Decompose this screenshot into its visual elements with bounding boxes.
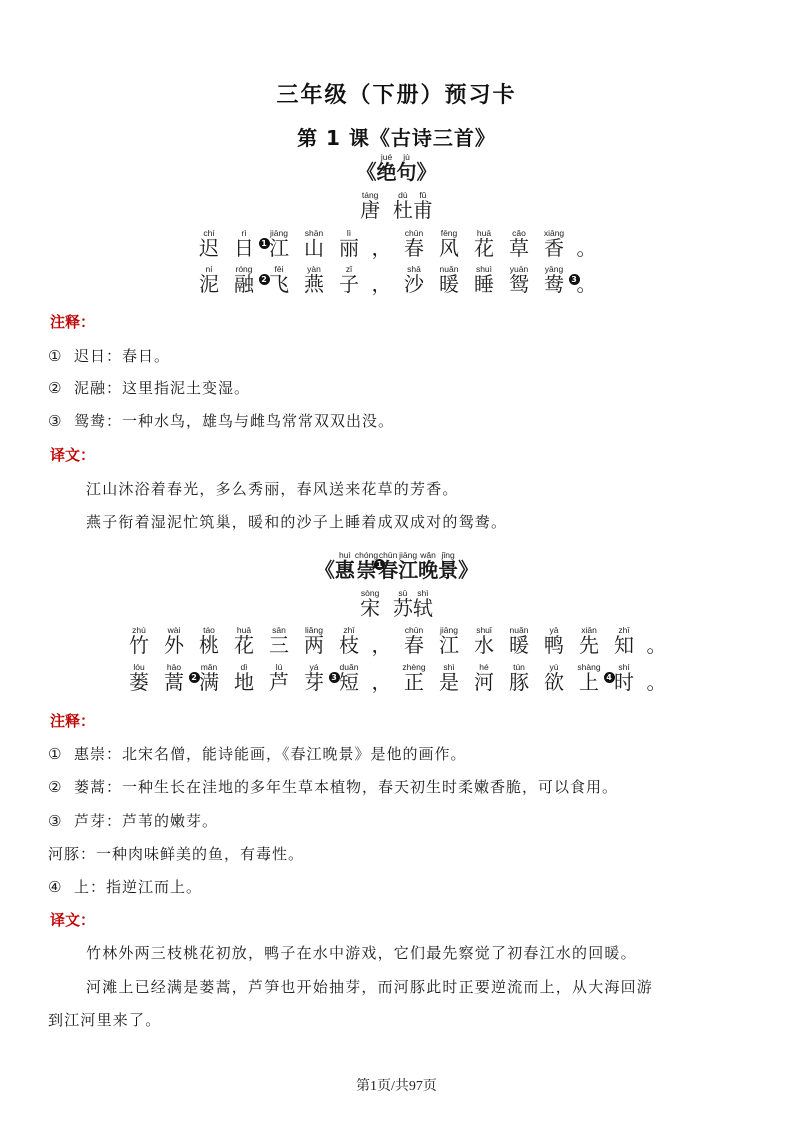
hanzi: 桃: [199, 635, 219, 655]
hanzi: 春: [404, 635, 424, 655]
hanzi: 豚: [509, 672, 529, 692]
punctuation: 。: [642, 662, 672, 692]
hanzi: 江: [398, 560, 418, 580]
poem1-translation-heading: 译文：: [50, 444, 95, 465]
hanzi: 子: [339, 274, 359, 294]
punctuation: 。: [572, 264, 602, 294]
ruby-char: chūn春: [378, 550, 398, 580]
hanzi: 迟: [199, 238, 219, 258]
hanzi: 惠: [335, 560, 355, 580]
poem2-note-4: ④上：指逆江而上。: [48, 876, 202, 897]
ruby-char: wài外: [157, 625, 192, 655]
ruby-char: shā沙: [397, 264, 432, 294]
ruby-char: cǎo草: [502, 228, 537, 258]
poem2-line-1: zhú竹wài外táo桃huā花sān三liǎng两zhī枝，chūn春jiān…: [0, 625, 793, 655]
hanzi: 鸳: [509, 274, 529, 294]
hanzi: 香: [544, 238, 564, 258]
hanzi: 。: [647, 672, 667, 692]
ruby-char: sòng宋: [360, 588, 380, 618]
poem1-line-1: chí迟rì日1jiāng江shān山lì丽，chūn春fēng风huā花cǎo…: [0, 228, 793, 258]
ruby-char: sān三: [262, 625, 297, 655]
ruby-char: mǎn满: [192, 662, 227, 692]
punctuation: ，: [367, 264, 397, 294]
ruby-char: táo桃: [192, 625, 227, 655]
ruby-char: zhú竹: [122, 625, 157, 655]
ruby-char: yā鸭: [537, 625, 572, 655]
hanzi: 花: [234, 635, 254, 655]
ruby-char: xiāng香: [537, 228, 572, 258]
ruby-char: fēi飞: [262, 264, 297, 294]
hanzi: 暖: [439, 274, 459, 294]
hanzi: 轼: [413, 598, 433, 618]
ruby-char: shì是: [432, 662, 467, 692]
ruby-char: 《: [315, 550, 335, 580]
hanzi: 》: [458, 560, 478, 580]
hanzi: 江: [269, 238, 289, 258]
ruby-char: 》: [458, 550, 478, 580]
hanzi: ，: [372, 635, 392, 655]
hanzi: ，: [372, 672, 392, 692]
ruby-char: jiāng江: [262, 228, 297, 258]
hanzi: 沙: [404, 274, 424, 294]
hanzi: 日: [234, 238, 254, 258]
ruby-char: yuān鸳: [502, 264, 537, 294]
hanzi: 欲: [544, 672, 564, 692]
hanzi: 《: [315, 560, 335, 580]
ruby-char: sū苏: [393, 588, 413, 618]
poem2-line-2: lóu蒌hāo蒿2mǎn满dì地lú芦yá芽3duǎn短，zhèng正shì是h…: [0, 662, 793, 692]
ruby-char: hé河: [467, 662, 502, 692]
ruby-char: huì惠: [335, 550, 355, 580]
ruby-char: shí时: [607, 662, 642, 692]
ruby-char: [380, 588, 393, 618]
ruby-char: fǔ甫: [413, 190, 433, 220]
ruby-char: 《: [357, 152, 377, 182]
hanzi: 枝: [339, 635, 359, 655]
ruby-char: jué绝: [377, 152, 397, 182]
hanzi: 正: [404, 672, 424, 692]
hanzi: 风: [439, 238, 459, 258]
poem2-translation-line-2: 河滩上已经满是蒌蒿，芦笋也开始抽芽，而河豚此时正要逆流而上，从大海回游: [86, 976, 653, 997]
page-indicator: 第1页/共97页: [0, 1075, 793, 1095]
poem2-note-2: ②蒌蒿：一种生长在洼地的多年生草本植物，春天初生时柔嫩香脆，可以食用。: [48, 776, 618, 797]
ruby-char: jù句: [397, 152, 417, 182]
hanzi: 芽: [304, 672, 324, 692]
hanzi: 先: [579, 635, 599, 655]
poem2-notes-heading: 注释：: [50, 710, 95, 731]
ruby-char: lóu蒌: [122, 662, 157, 692]
hanzi: [380, 598, 393, 618]
ruby-char: ní泥: [192, 264, 227, 294]
poem2-translation-line-1: 竹林外两三枝桃花初放，鸭子在水中游戏，它们最先察觉了初春江水的回暖。: [86, 942, 637, 963]
hanzi: 蒌: [129, 672, 149, 692]
poem1-note-2: ②泥融：这里指泥土变湿。: [48, 377, 250, 398]
hanzi: 花: [474, 238, 494, 258]
ruby-char: chí迟: [192, 228, 227, 258]
punctuation: 。: [642, 625, 672, 655]
poem1-author: táng唐 dù杜fǔ甫: [0, 190, 793, 220]
hanzi: 两: [304, 635, 324, 655]
hanzi: 山: [304, 238, 324, 258]
hanzi: 句: [397, 162, 417, 182]
ruby-char: jǐng景: [438, 550, 458, 580]
hanzi: ，: [372, 274, 392, 294]
hanzi: 鸭: [544, 635, 564, 655]
hanzi: 地: [234, 672, 254, 692]
hanzi: 苏: [393, 598, 413, 618]
hanzi: 甫: [413, 200, 433, 220]
poem2-translation-heading: 译文：: [50, 909, 95, 930]
hanzi: 短: [339, 672, 359, 692]
hanzi: 蒿: [164, 672, 184, 692]
poem2-translation-line-3: 到江河里来了。: [48, 1009, 161, 1030]
ruby-char: wǎn晚: [418, 550, 438, 580]
hanzi: [380, 200, 393, 220]
hanzi: 鸯: [544, 274, 564, 294]
ruby-char: róng融2: [227, 264, 262, 294]
hanzi: 草: [509, 238, 529, 258]
hanzi: 丽: [339, 238, 359, 258]
hanzi: 是: [439, 672, 459, 692]
hanzi: 春: [404, 238, 424, 258]
hanzi: 绝: [377, 162, 397, 182]
ruby-char: zǐ子: [332, 264, 367, 294]
hanzi: 飞: [269, 274, 289, 294]
ruby-char: tún豚: [502, 662, 537, 692]
poem2-note-1: ①惠崇：北宋名僧，能诗能画，《春江晚景》是他的画作。: [48, 743, 467, 764]
ruby-char: yàn燕: [297, 264, 332, 294]
ruby-char: shān山: [297, 228, 332, 258]
hanzi: 杜: [393, 200, 413, 220]
ruby-char: huā花: [227, 625, 262, 655]
hanzi: 晚: [418, 560, 438, 580]
ruby-char: zhī知: [607, 625, 642, 655]
ruby-char: lì丽: [332, 228, 367, 258]
punctuation: ，: [367, 625, 397, 655]
poem1-title: 《jué绝jù句》: [0, 152, 793, 182]
hanzi: 上: [579, 672, 599, 692]
hanzi: 》: [417, 162, 437, 182]
ruby-char: dì地: [227, 662, 262, 692]
lesson-title: 第 1 课《古诗三首》: [0, 122, 793, 151]
ruby-char: zhī枝: [332, 625, 367, 655]
ruby-char: shuì睡: [467, 264, 502, 294]
hanzi: 河: [474, 672, 494, 692]
ruby-char: yá芽3: [297, 662, 332, 692]
ruby-char: shuǐ水: [467, 625, 502, 655]
ruby-char: nuǎn暖: [432, 264, 467, 294]
hanzi: 。: [577, 274, 597, 294]
ruby-char: xiān先: [572, 625, 607, 655]
ruby-char: nuǎn暖: [502, 625, 537, 655]
poem2-author: sòng宋 sū苏shì轼: [0, 588, 793, 618]
hanzi: ，: [372, 238, 392, 258]
ruby-char: dù杜: [393, 190, 413, 220]
ruby-char: táng唐: [360, 190, 380, 220]
hanzi: 三: [269, 635, 289, 655]
hanzi: 芦: [269, 672, 289, 692]
hanzi: 水: [474, 635, 494, 655]
hanzi: 暖: [509, 635, 529, 655]
hanzi: 江: [439, 635, 459, 655]
hanzi: 《: [357, 162, 377, 182]
hanzi: 。: [577, 238, 597, 258]
page-title: 三年级（下册）预习卡: [0, 78, 793, 109]
ruby-char: 》: [417, 152, 437, 182]
poem1-translation-line-1: 江山沐浴着春光，多么秀丽，春风送来花草的芳香。: [86, 478, 459, 499]
hanzi: 泥: [199, 274, 219, 294]
punctuation: ，: [367, 662, 397, 692]
hanzi: 知: [614, 635, 634, 655]
ruby-char: liǎng两: [297, 625, 332, 655]
ruby-char: chūn春: [397, 625, 432, 655]
hanzi: 外: [164, 635, 184, 655]
ruby-char: yù欲: [537, 662, 572, 692]
poem1-notes-heading: 注释：: [50, 311, 95, 332]
ruby-char: [380, 190, 393, 220]
hanzi: 竹: [129, 635, 149, 655]
hanzi: 宋: [360, 598, 380, 618]
ruby-char: duǎn短: [332, 662, 367, 692]
ruby-char: jiāng江: [432, 625, 467, 655]
poem1-translation-line-2: 燕子衔着湿泥忙筑巢，暖和的沙子上睡着成双成对的鸳鸯。: [86, 511, 507, 532]
ruby-char: shì轼: [413, 588, 433, 618]
ruby-char: chūn春: [397, 228, 432, 258]
hanzi: 。: [647, 635, 667, 655]
hanzi: 时: [614, 672, 634, 692]
ruby-char: chóng崇1: [355, 550, 378, 580]
poem2-title: 《huì惠chóng崇1chūn春jiāng江wǎn晚jǐng景》: [0, 550, 793, 580]
poem2-note-3: ③芦芽：芦苇的嫩芽。: [48, 810, 218, 831]
hanzi: 景: [438, 560, 458, 580]
ruby-char: lú芦: [262, 662, 297, 692]
poem1-note-3: ③鸳鸯：一种水鸟，雄鸟与雌鸟常常双双出没。: [48, 410, 394, 431]
poem2-note-hetun: 河豚：一种肉味鲜美的鱼，有毒性。: [48, 843, 304, 864]
hanzi: 融: [234, 274, 254, 294]
poem1-note-1: ①迟日：春日。: [48, 345, 170, 366]
ruby-char: huā花: [467, 228, 502, 258]
hanzi: 唐: [360, 200, 380, 220]
ruby-char: yāng鸯3: [537, 264, 572, 294]
ruby-char: shàng上4: [572, 662, 607, 692]
ruby-char: zhèng正: [397, 662, 432, 692]
hanzi: 燕: [304, 274, 324, 294]
ruby-char: rì日1: [227, 228, 262, 258]
punctuation: 。: [572, 228, 602, 258]
poem1-line-2: ní泥róng融2fēi飞yàn燕zǐ子，shā沙nuǎn暖shuì睡yuān鸳…: [0, 264, 793, 294]
punctuation: ，: [367, 228, 397, 258]
ruby-char: fēng风: [432, 228, 467, 258]
ruby-char: hāo蒿2: [157, 662, 192, 692]
ruby-char: jiāng江: [398, 550, 418, 580]
hanzi: 睡: [474, 274, 494, 294]
hanzi: 满: [199, 672, 219, 692]
hanzi: 春: [378, 560, 398, 580]
